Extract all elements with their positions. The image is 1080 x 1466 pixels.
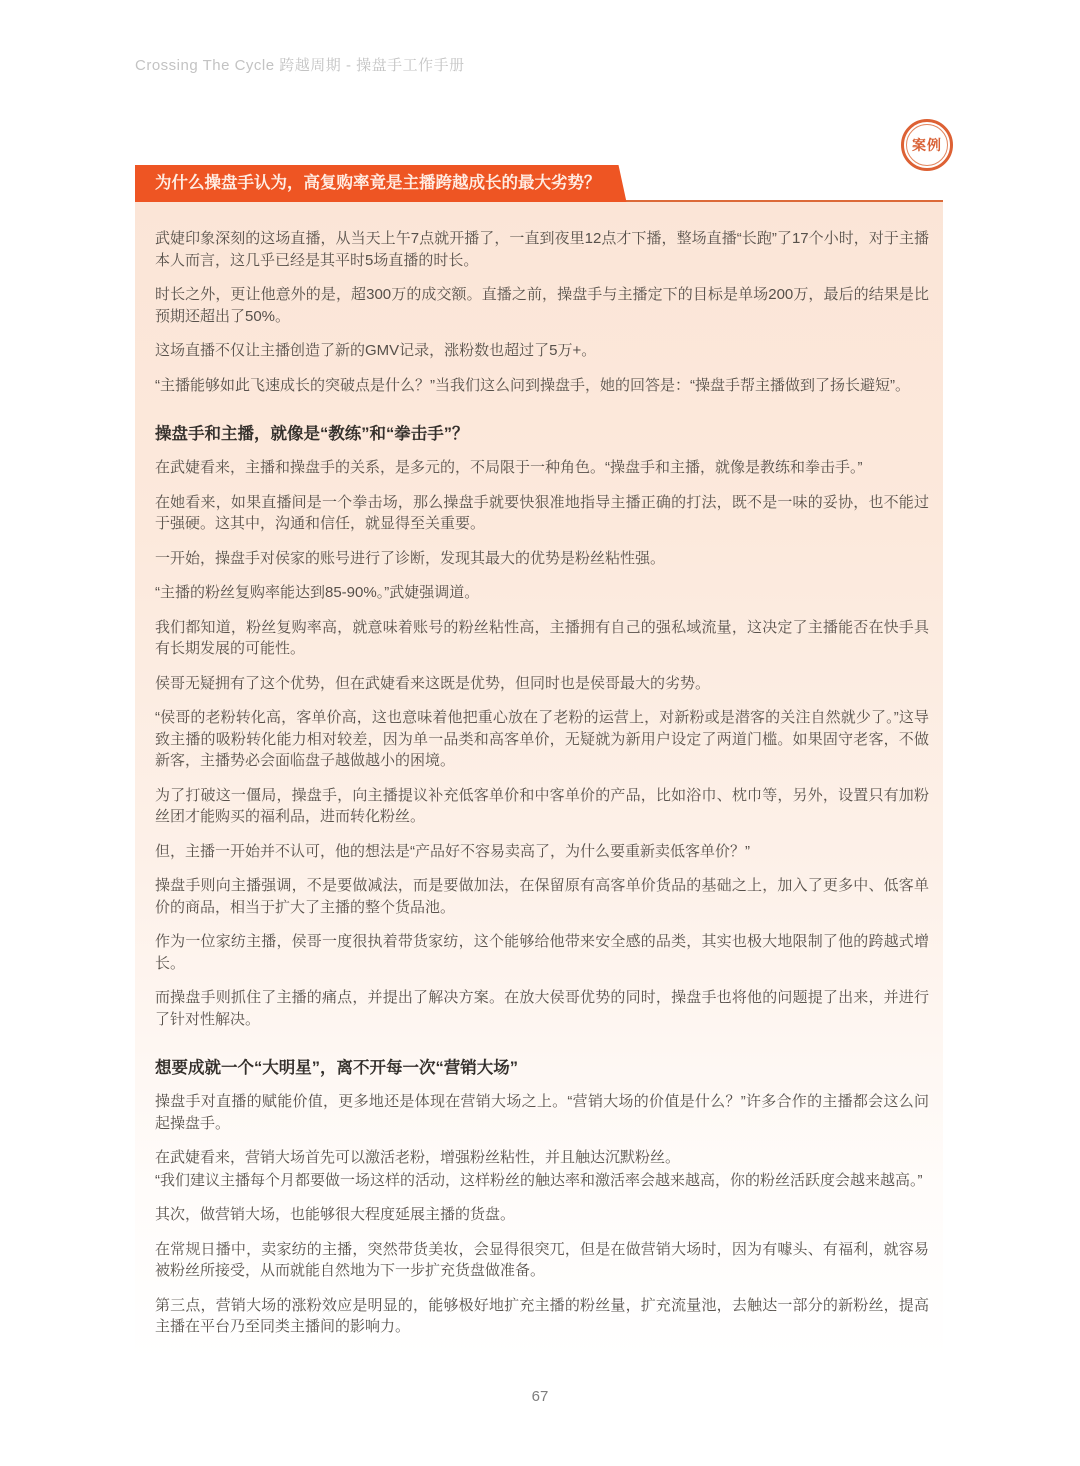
- paragraph: 操盘手对直播的赋能价值，更多地还是体现在营销大场之上。“营销大场的价值是什么？”…: [155, 1091, 929, 1134]
- paragraph: “侯哥的老粉转化高，客单价高，这也意味着他把重心放在了老粉的运营上，对新粉或是潜…: [155, 707, 929, 772]
- case-stamp-badge: 案例: [901, 119, 953, 171]
- paragraph: “我们建议主播每个月都要做一场这样的活动，这样粉丝的触达率和激活率会越来越高，你…: [155, 1170, 929, 1192]
- paragraph: 第三点，营销大场的涨粉效应是明显的，能够极好地扩充主播的粉丝量，扩充流量池，去触…: [155, 1295, 929, 1338]
- page-number: 67: [0, 1388, 1080, 1405]
- paragraph: 操盘手则向主播强调，不是要做减法，而是要做加法，在保留原有高客单价货品的基础之上…: [155, 875, 929, 918]
- paragraph: 为了打破这一僵局，操盘手，向主播提议补充低客单价和中客单价的产品，比如浴巾、枕巾…: [155, 785, 929, 828]
- paragraph: 武婕印象深刻的这场直播，从当天上午7点就开播了，一直到夜里12点才下播，整场直播…: [155, 228, 929, 271]
- article-title-banner: 为什么操盘手认为，高复购率竟是主播跨越成长的最大劣势？: [135, 165, 627, 202]
- paragraph: 而操盘手则抓住了主播的痛点，并提出了解决方案。在放大侯哥优势的同时，操盘手也将他…: [155, 987, 929, 1030]
- paragraph: 一开始，操盘手对侯家的账号进行了诊断，发现其最大的优势是粉丝粘性强。: [155, 548, 929, 570]
- document-header: Crossing The Cycle 跨越周期 - 操盘手工作手册: [135, 54, 465, 75]
- paragraph: 作为一位家纺主播，侯哥一度很执着带货家纺，这个能够给他带来安全感的品类，其实也极…: [155, 931, 929, 974]
- paragraph: “主播的粉丝复购率能达到85-90%。”武婕强调道。: [155, 582, 929, 604]
- section-heading: 操盘手和主播，就像是“教练”和“拳击手”？: [155, 420, 929, 444]
- paragraph: “主播能够如此飞速成长的突破点是什么？”当我们这么问到操盘手，她的回答是：“操盘…: [155, 375, 929, 397]
- paragraph: 这场直播不仅让主播创造了新的GMV记录，涨粉数也超过了5万+。: [155, 340, 929, 362]
- paragraph: 其次，做营销大场，也能够很大程度延展主播的货盘。: [155, 1204, 929, 1226]
- paragraph: 在武婕看来，主播和操盘手的关系，是多元的，不局限于一种角色。“操盘手和主播，就像…: [155, 457, 929, 479]
- paragraph: 侯哥无疑拥有了这个优势，但在武婕看来这既是优势，但同时也是侯哥最大的劣势。: [155, 673, 929, 695]
- paragraph: 在武婕看来，营销大场首先可以激活老粉，增强粉丝粘性，并且触达沉默粉丝。: [155, 1147, 929, 1169]
- paragraph: 我们都知道，粉丝复购率高，就意味着账号的粉丝粘性高，主播拥有自己的强私域流量，这…: [155, 617, 929, 660]
- paragraph: 时长之外，更让他意外的是，超300万的成交额。直播之前，操盘手与主播定下的目标是…: [155, 284, 929, 327]
- article-body: 武婕印象深刻的这场直播，从当天上午7点就开播了，一直到夜里12点才下播，整场直播…: [135, 200, 943, 1363]
- paragraph: 在常规日播中，卖家纺的主播，突然带货美妆，会显得很突兀，但是在做营销大场时，因为…: [155, 1239, 929, 1282]
- section-heading: 想要成就一个“大明星”，离不开每一次“营销大场”: [155, 1054, 929, 1078]
- case-stamp-label: 案例: [906, 124, 948, 166]
- paragraph: 但，主播一开始并不认可，他的想法是“产品好不容易卖高了，为什么要重新卖低客单价？…: [155, 841, 929, 863]
- paragraph: 在她看来，如果直播间是一个拳击场，那么操盘手就要快狠准地指导主播正确的打法，既不…: [155, 492, 929, 535]
